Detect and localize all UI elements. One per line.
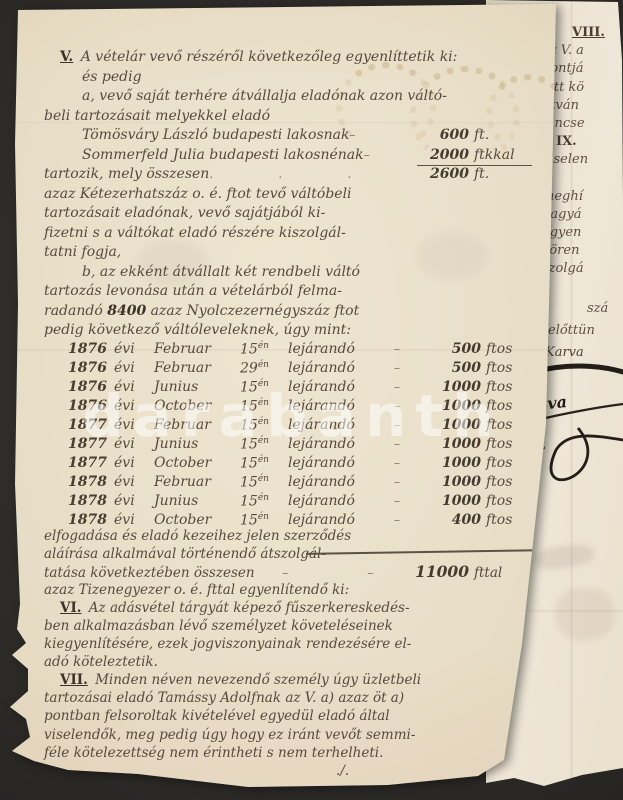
text-line: és pedig <box>44 68 532 88</box>
watermark: darabanth <box>82 382 542 454</box>
schedule-row: 1878éviFebruar15énlejárandó– –1000ftos <box>68 470 532 489</box>
emphasized-amount: 8400 <box>107 302 146 322</box>
text-line: Sommerfeld Julia budapesti lakosnénak– –… <box>44 146 532 166</box>
text-line: pontban felsoroltak kivételével egyedül … <box>44 707 532 725</box>
section-numeral: V. <box>60 48 76 68</box>
year: 1878 <box>68 492 114 511</box>
text-line: tatása következtében összesen– –11000ftt… <box>44 563 532 581</box>
text-line: tartozásai eladó Tamássy Adolfnak az V. … <box>44 689 532 707</box>
dash-leader: – – – <box>394 511 423 530</box>
dash-leader: – – <box>394 492 423 511</box>
text-line: tartozás levonása után a vételárból felm… <box>44 282 532 302</box>
text-line: kiegyenlítésére, ezek jogviszonyainak re… <box>44 635 532 653</box>
year: 1876 <box>68 340 114 359</box>
amount-unit: ftos <box>481 473 532 492</box>
document-page-wrap: V. A vételár vevő részéről következőleg … <box>0 0 623 800</box>
section-numeral: VI. <box>60 599 85 617</box>
month: Februar <box>154 359 240 378</box>
amount-value: 1000 <box>423 454 481 473</box>
text-line: VI. Az adásvétel tárgyát képező fűszerke… <box>44 599 532 617</box>
dash-leader: – – <box>364 146 417 166</box>
amount-unit: ftkkal <box>469 146 532 167</box>
year: 1876 <box>68 359 114 378</box>
text-line: beli tartozásait melyekkel eladó <box>44 107 532 127</box>
month: Februar <box>154 340 240 359</box>
text-line: V. A vételár vevő részéről következőleg … <box>44 48 532 68</box>
amount-unit: ft. <box>469 165 532 185</box>
amount-unit: ftos <box>481 492 532 511</box>
clauses-vi-vii-paragraphs: elfogadása és eladó kezeihez jelen szerz… <box>44 527 532 780</box>
amount-unit: ftos <box>481 511 532 530</box>
text-line: féle kötelezettség nem érintheti s nem t… <box>44 744 532 762</box>
clause-v-paragraphs: V. A vételár vevő részéről következőleg … <box>44 48 532 341</box>
schedule-row: 1878éviOctober15énlejárandó– – –400ftos <box>68 508 532 527</box>
dash-leader: – – <box>255 564 411 582</box>
dash-leader: – – <box>394 454 423 473</box>
amount-value: 500 <box>423 359 481 378</box>
text-line: a, vevő saját terhére átvállalja eladóna… <box>44 87 532 107</box>
document-page: V. A vételár vevő részéről következőleg … <box>8 4 560 794</box>
year: 1877 <box>68 454 114 473</box>
year: 1878 <box>68 473 114 492</box>
text-line: adó köteleztetik. <box>44 653 532 671</box>
amount-value: 500 <box>423 340 481 359</box>
dash-leader: – – – <box>394 359 423 378</box>
schedule-row: 1876éviFebruar15énlejárandó– – –500ftos <box>68 337 532 356</box>
text-line: ben alkalmazásban lévő személyzet követe… <box>44 617 532 635</box>
amount-value: 400 <box>423 511 481 530</box>
text-line: azaz Kétezerhatszáz o. é. ftot tevő vált… <box>44 185 532 205</box>
text-line: b, az ekként átvállalt két rendbeli vált… <box>44 263 532 283</box>
text-line: VII. Minden néven nevezendő személy úgy … <box>44 671 532 689</box>
month: Februar <box>154 473 240 492</box>
month: Junius <box>154 492 240 511</box>
text-line: fizetni s a váltókat eladó részére kiszo… <box>44 224 532 244</box>
text-line: viselendők, meg pedig úgy hogy ez iránt … <box>44 726 532 744</box>
text-line: Tömösváry László budapesti lakosnak– –60… <box>44 126 532 146</box>
amount-unit: fttal <box>469 564 532 582</box>
amount-value: 2600 <box>417 165 469 185</box>
amount-unit: ft. <box>469 126 532 146</box>
text-line: ./. <box>44 762 532 780</box>
amount-value: 2000 <box>417 146 469 167</box>
schedule-row: 1876éviFebruar29énlejárandó– – –500ftos <box>68 356 532 375</box>
text-line: aláírása alkalmával történendő átszolgál… <box>44 545 532 563</box>
amount-value: 11000 <box>411 563 469 581</box>
month: October <box>154 454 240 473</box>
amount-unit: ftos <box>481 454 532 473</box>
section-numeral: VII. <box>60 671 91 689</box>
amount-unit: ftos <box>481 359 532 378</box>
schedule-row: 1878éviJunius15énlejárandó– –1000ftos <box>68 489 532 508</box>
dash-leader: – – – <box>394 340 423 359</box>
text-line: tartozik, mely összesen. . . .2600ft. <box>44 165 532 185</box>
text-line: azaz Tizenegyezer o. é. fttal egyenlíten… <box>44 581 532 599</box>
amount-value: 1000 <box>423 492 481 511</box>
text-line: tartozásait eladónak, vevő sajátjából ki… <box>44 204 532 224</box>
dash-leader: . . . . <box>209 165 417 185</box>
dash-leader: – – <box>394 473 423 492</box>
scan-background: VIII.az V. apontjálett kölitvánnincseIX.… <box>0 0 623 800</box>
dash-leader: – – <box>349 126 417 146</box>
text-line: tatni fogja, <box>44 243 532 263</box>
amount-value: 1000 <box>423 473 481 492</box>
amount-unit: ftos <box>481 340 532 359</box>
amount-value: 600 <box>417 126 469 146</box>
text-line: radandó 8400 azaz Nyolczezernégyszáz fto… <box>44 302 532 322</box>
